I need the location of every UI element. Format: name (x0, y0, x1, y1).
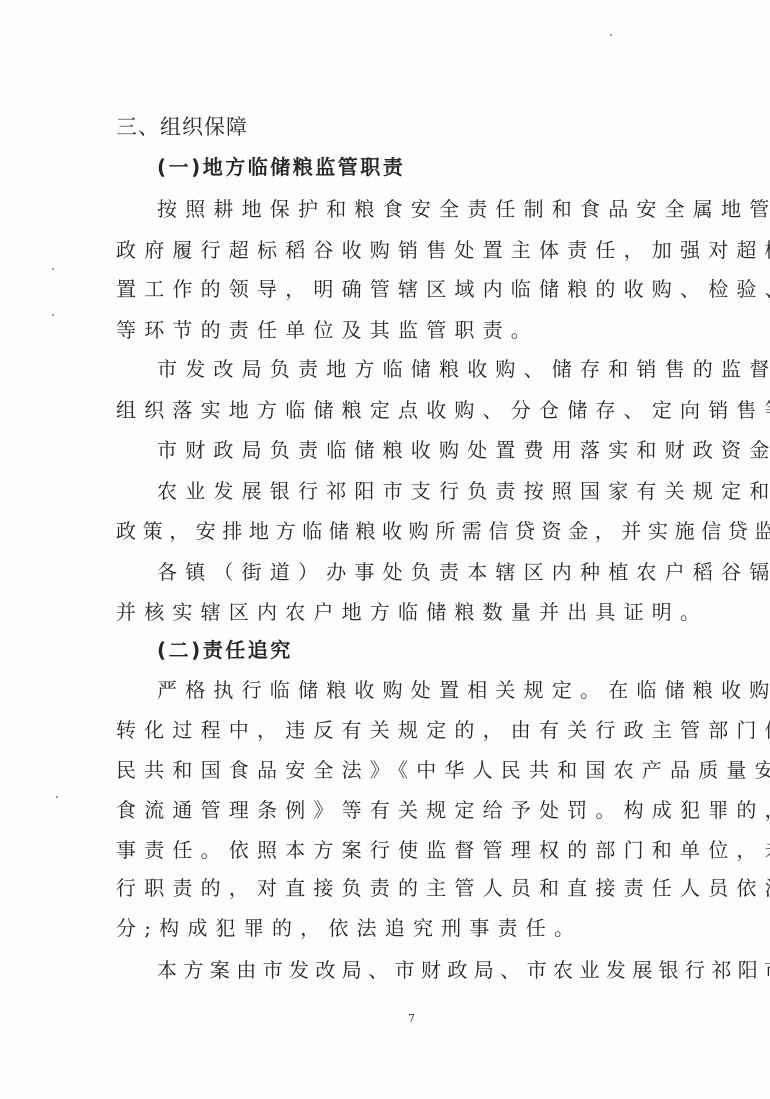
paragraph-line: 严格执行临储粮收购处置相关规定。在临储粮收购储存、销售 (157, 670, 757, 710)
scan-speck (610, 34, 612, 36)
paragraph-line: 并核实辖区内农户地方临储粮数量并出具证明。 (116, 592, 716, 632)
section-title: 三、组织保障 (116, 107, 716, 147)
paragraph-line: 各镇（街道）办事处负责本辖区内种植农户稻谷镉含量预检， (157, 552, 757, 592)
paragraph-line: 按照耕地保护和粮食安全责任制和食品安全属地管理原则，市 (157, 189, 757, 229)
paragraph-line: 组织落实地方临储粮定点收购、分仓储存、定向销售等工作。 (116, 390, 716, 430)
paragraph-line: 置工作的领导，明确管辖区域内临储粮的收购、检验、储存、处置 (116, 269, 716, 309)
paragraph-line: 事责任。依照本方案行使监督管理权的部门和单位，未按照规定履 (116, 830, 716, 870)
paragraph-line: 市发改局负责地方临储粮收购、储存和销售的监督管理工作， (157, 349, 757, 389)
paragraph-line: 政府履行超标稻谷收购销售处置主体责任，加强对超标稻谷收购处 (116, 230, 716, 270)
paragraph-line: 农业发展银行祁阳市支行负责按照国家有关规定和相关信贷 (157, 471, 757, 511)
paragraph-line: 市财政局负责临储粮收购处置费用落实和财政资金管理工作。 (157, 430, 757, 470)
paragraph-line: 民共和国食品安全法》《中华人民共和国农产品质量安全法》《粮 (116, 750, 716, 790)
paragraph-line: 行职责的，对直接负责的主管人员和直接责任人员依法给予行政处 (116, 868, 716, 908)
scan-speck (52, 268, 54, 270)
page-number: 7 (408, 1012, 415, 1025)
paragraph-line: 本方案由市发改局、市财政局、市农业发展银行祁阳市支行负 (157, 950, 757, 990)
document-page: 三、组织保障 (一)地方临储粮监管职责 按照耕地保护和粮食安全责任制和食品安全属… (0, 0, 770, 1099)
scan-speck (56, 796, 58, 798)
paragraph-line: 等环节的责任单位及其监管职责。 (116, 310, 716, 350)
subsection-heading-2: (二)责任追究 (157, 630, 757, 670)
subsection-heading-1: (一)地方临储粮监管职责 (157, 147, 757, 187)
paragraph-line: 食流通管理条例》等有关规定给予处罚。构成犯罪的，依法追究刑 (116, 790, 716, 830)
paragraph-line: 政策，安排地方临储粮收购所需信贷资金，并实施信贷监督和管理。 (116, 511, 716, 551)
paragraph-line: 转化过程中，违反有关规定的，由有关行政主管部门依据《中华人 (116, 710, 716, 750)
scan-speck (52, 314, 54, 316)
paragraph-line: 分;构成犯罪的，依法追究刑事责任。 (116, 908, 716, 948)
